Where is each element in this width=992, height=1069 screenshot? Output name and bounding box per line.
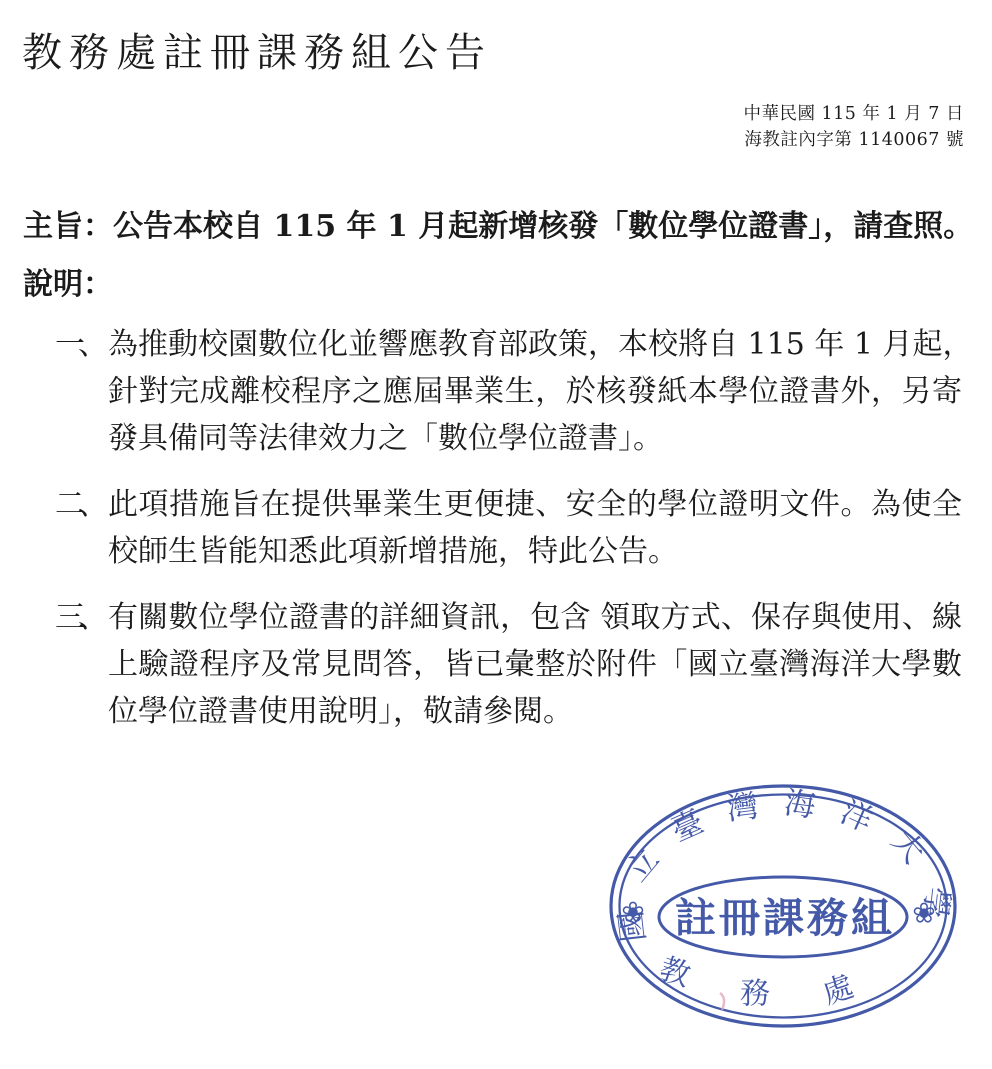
announcement-document: 教務處註冊課務組公告 中華民國 115 年 1 月 7 日 海教註內字第 114…: [0, 0, 992, 1069]
item-text: 為推動校園數位化並響應教育部政策，本校將自 115 年 1 月起， 針對完成離校…: [108, 321, 962, 462]
list-item: 二、 此項措施旨在提供畢業生更便捷、安全的學位證明文件。為使全 校師生皆能知悉此…: [55, 481, 962, 575]
flower-icon-left: ❀: [621, 896, 644, 929]
list-item: 一、 為推動校園數位化並響應教育部政策，本校將自 115 年 1 月起， 針對完…: [55, 321, 962, 462]
doc-number-line: 海教註內字第 1140067 號: [743, 127, 964, 153]
item-text: 有關數位學位證書的詳細資訊，包含 領取方式、保存與使用、線 上驗證程序及常見問答…: [108, 594, 962, 735]
item-line: 上驗證程序及常見問答，皆已彙整於附件「國立臺灣海洋大學數: [108, 641, 962, 688]
list-item: 三、 有關數位學位證書的詳細資訊，包含 領取方式、保存與使用、線 上驗證程序及常…: [55, 594, 962, 735]
flower-icon-right: ❀: [912, 897, 935, 930]
item-line: 為推動校園數位化並響應教育部政策，本校將自 115 年 1 月起，: [108, 321, 962, 368]
item-line: 針對完成離校程序之應屆畢業生，於核發紙本學位證書外，另寄: [108, 368, 962, 415]
document-title: 教務處註冊課務組公告: [22, 28, 492, 78]
item-line: 此項措施旨在提供畢業生更便捷、安全的學位證明文件。為使全: [108, 481, 962, 528]
item-line: 校師生皆能知悉此項新增措施，特此公告。: [108, 528, 962, 575]
official-stamp: 國立臺灣海洋大學 註冊課務組 教務處 ❀ ❀: [603, 781, 963, 1031]
item-line: 發具備同等法律效力之「數位學位證書」。: [108, 415, 962, 462]
item-line: 有關數位學位證書的詳細資訊，包含 領取方式、保存與使用、線: [108, 594, 962, 641]
item-marker: 一、: [55, 321, 108, 462]
date-line: 中華民國 115 年 1 月 7 日: [743, 101, 964, 127]
item-marker: 三、: [55, 594, 108, 735]
stamp-arc-bottom-text: 教務處: [655, 951, 911, 1011]
item-line: 位學位證書使用說明」，敬請參閱。: [108, 688, 962, 735]
item-text: 此項措施旨在提供畢業生更便捷、安全的學位證明文件。為使全 校師生皆能知悉此項新增…: [108, 481, 962, 575]
meta-block: 中華民國 115 年 1 月 7 日 海教註內字第 1140067 號: [743, 101, 964, 153]
subject-line: 主旨：公告本校自 115 年 1 月起新增核發「數位學位證書」，請查照。: [23, 207, 973, 247]
item-marker: 二、: [55, 481, 108, 575]
explanation-label: 說明：: [23, 265, 113, 305]
stamp-center-text: 註冊課務組: [675, 894, 895, 942]
explanation-list: 一、 為推動校園數位化並響應教育部政策，本校將自 115 年 1 月起， 針對完…: [55, 321, 962, 754]
